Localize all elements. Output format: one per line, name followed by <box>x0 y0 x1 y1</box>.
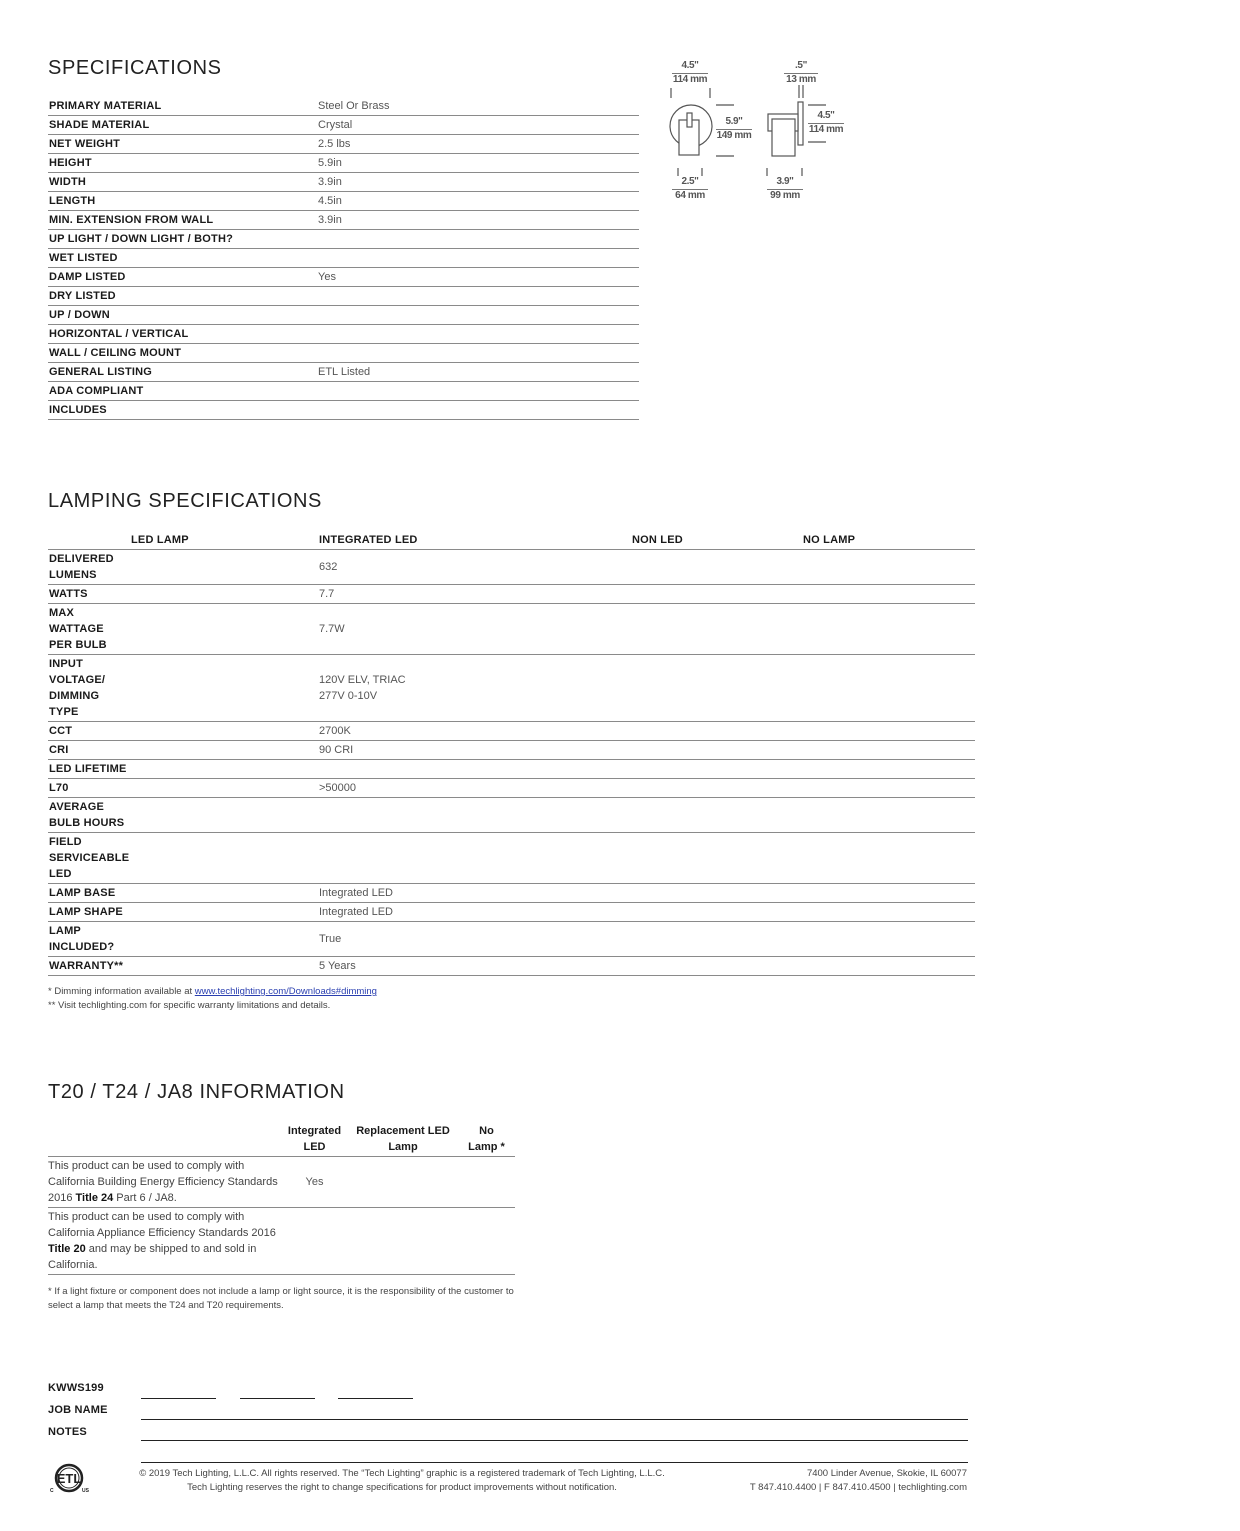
spec-row: INCLUDES <box>48 401 639 420</box>
t20-header-blank <box>48 1123 281 1155</box>
svg-text:ETL: ETL <box>57 1471 82 1486</box>
lamping-header-row: LED LAMP INTEGRATED LED NON LED NO LAMP <box>48 531 975 550</box>
lamping-row: LAMP INCLUDED? True <box>48 922 975 957</box>
lamping-integrated-value: 7.7W <box>319 621 632 637</box>
spec-row: DRY LISTED <box>48 287 639 306</box>
lamping-row: FIELD SERVICEABLE LED <box>48 833 975 884</box>
svg-text:C: C <box>50 1488 54 1494</box>
spec-label: SHADE MATERIAL <box>48 119 318 131</box>
spec-label: WIDTH <box>48 176 318 188</box>
spec-value: 2.5 lbs <box>318 138 639 150</box>
lamping-integrated-value: 632 <box>319 559 632 575</box>
spec-value: Yes <box>318 271 639 283</box>
notes-label: NOTES <box>48 1426 87 1438</box>
spec-label: UP LIGHT / DOWN LIGHT / BOTH? <box>48 233 318 245</box>
spec-value: ETL Listed <box>318 366 639 378</box>
spec-row: MIN. EXTENSION FROM WALL 3.9in <box>48 211 639 230</box>
header-led-lamp: LED LAMP <box>48 534 319 546</box>
lamping-title: LAMPING SPECIFICATIONS <box>48 490 322 513</box>
lamping-table: LED LAMP INTEGRATED LED NON LED NO LAMP … <box>48 531 975 976</box>
lamping-label: LAMP INCLUDED? <box>48 922 319 956</box>
lamping-integrated-value: Integrated LED <box>319 904 632 920</box>
spec-row: HEIGHT 5.9in <box>48 154 639 173</box>
lamping-row: WARRANTY** 5 Years <box>48 957 975 976</box>
spec-label: DAMP LISTED <box>48 271 318 283</box>
specifications-table: PRIMARY MATERIAL Steel Or BrassSHADE MAT… <box>48 97 639 420</box>
lamping-label: INPUT VOLTAGE/ DIMMING TYPE <box>48 655 319 721</box>
lamping-label: WATTS <box>48 585 319 603</box>
spec-label: LENGTH <box>48 195 318 207</box>
front-height-dimension: 5.9"149 mm <box>716 116 752 142</box>
spec-row: WALL / CEILING MOUNT <box>48 344 639 363</box>
dimension-diagram: 4.5"114 mm 5.9"149 mm 2.5"64 mm .5"13 mm… <box>666 58 856 208</box>
front-width-dimension: 4.5"114 mm <box>672 60 708 86</box>
lamping-row: CRI 90 CRI <box>48 741 975 760</box>
lamping-integrated-value: Integrated LED <box>319 885 632 901</box>
lamping-label: LAMP SHAPE <box>48 903 319 921</box>
t20-table: Integrated LED Replacement LED Lamp No L… <box>48 1123 515 1275</box>
spec-row: WIDTH 3.9in <box>48 173 639 192</box>
spec-row: PRIMARY MATERIAL Steel Or Brass <box>48 97 639 116</box>
t20-header-replacement: Replacement LED Lamp <box>348 1123 458 1155</box>
lamping-row: CCT 2700K <box>48 722 975 741</box>
spec-value: 4.5in <box>318 195 639 207</box>
lamping-integrated-value: >50000 <box>319 780 632 796</box>
lamping-row: LAMP BASE Integrated LED <box>48 884 975 903</box>
spec-label: WALL / CEILING MOUNT <box>48 347 318 359</box>
lamping-label: WARRANTY** <box>48 957 319 975</box>
model-number: KWWS199 <box>48 1382 104 1394</box>
t20-row-title20: This product can be used to comply with … <box>48 1208 515 1275</box>
lamping-label: L70 <box>48 779 319 797</box>
spec-label: UP / DOWN <box>48 309 318 321</box>
lamping-integrated-value: 2700K <box>319 723 632 739</box>
svg-text:US: US <box>82 1488 90 1494</box>
lamping-row: WATTS 7.7 <box>48 585 975 604</box>
spec-row: GENERAL LISTING ETL Listed <box>48 363 639 382</box>
lamping-notes: * Dimming information available at www.t… <box>48 985 377 1013</box>
lamping-row: LAMP SHAPE Integrated LED <box>48 903 975 922</box>
t20-note: * If a light fixture or component does n… <box>48 1285 518 1313</box>
spec-row: LENGTH 4.5in <box>48 192 639 211</box>
spec-row: WET LISTED <box>48 249 639 268</box>
warranty-note: ** Visit techlighting.com for specific w… <box>48 999 377 1013</box>
spec-label: GENERAL LISTING <box>48 366 318 378</box>
type-field-line[interactable] <box>141 1398 216 1399</box>
spec-label: WET LISTED <box>48 252 318 264</box>
lamping-row: LED LIFETIME <box>48 760 975 779</box>
lamping-row: DELIVERED LUMENS 632 <box>48 550 975 585</box>
spec-label: INCLUDES <box>48 404 318 416</box>
spec-label: HEIGHT <box>48 157 318 169</box>
lamping-integrated-value: True <box>319 931 632 947</box>
specifications-title: SPECIFICATIONS <box>48 57 222 80</box>
qty-field-line[interactable] <box>240 1398 315 1399</box>
spec-value: 5.9in <box>318 157 639 169</box>
side-extension-dimension: 3.9"99 mm <box>767 176 803 202</box>
spec-row: DAMP LISTED Yes <box>48 268 639 287</box>
front-base-dimension: 2.5"64 mm <box>672 176 708 202</box>
spec-row: HORIZONTAL / VERTICAL <box>48 325 639 344</box>
lamping-integrated-value: 5 Years <box>319 958 632 974</box>
job-name-label: JOB NAME <box>48 1404 108 1416</box>
lamping-row: AVERAGE BULB HOURS <box>48 798 975 833</box>
finish-field-line[interactable] <box>338 1398 413 1399</box>
etl-listed-logo-icon: ETL C US <box>49 1462 91 1494</box>
title24-integrated-value: Yes <box>281 1176 348 1188</box>
spec-label: PRIMARY MATERIAL <box>48 100 318 112</box>
spec-label: HORIZONTAL / VERTICAL <box>48 328 318 340</box>
spec-value: Crystal <box>318 119 639 131</box>
lamping-row: MAX WATTAGE PER BULB 7.7W <box>48 604 975 655</box>
side-depth-dimension: .5"13 mm <box>784 60 818 86</box>
spec-value: 3.9in <box>318 176 639 188</box>
title20-description: This product can be used to comply with … <box>48 1209 281 1273</box>
lamping-label: LED LIFETIME <box>48 760 319 778</box>
lamping-row: INPUT VOLTAGE/ DIMMING TYPE 120V ELV, TR… <box>48 655 975 722</box>
header-no-lamp: NO LAMP <box>803 534 975 546</box>
spec-row: SHADE MATERIAL Crystal <box>48 116 639 135</box>
t20-row-title24: This product can be used to comply with … <box>48 1157 515 1208</box>
dimming-link[interactable]: www.techlighting.com/Downloads#dimming <box>195 986 377 997</box>
side-height-dimension: 4.5"114 mm <box>808 110 844 136</box>
t20-header-no-lamp: No Lamp * <box>458 1123 515 1155</box>
spec-row: ADA COMPLIANT <box>48 382 639 401</box>
header-non-led: NON LED <box>632 534 803 546</box>
lamping-label: AVERAGE BULB HOURS <box>48 798 319 832</box>
t20-header-integrated: Integrated LED <box>281 1123 348 1155</box>
spec-row: UP / DOWN <box>48 306 639 325</box>
lamping-row: L70 >50000 <box>48 779 975 798</box>
notes-field-line[interactable] <box>141 1440 968 1441</box>
copyright-text: © 2019 Tech Lighting, L.L.C. All rights … <box>112 1467 692 1495</box>
spec-label: DRY LISTED <box>48 290 318 302</box>
lamping-integrated-value: 120V ELV, TRIAC 277V 0-10V <box>319 672 632 704</box>
dimming-note: * Dimming information available at <box>48 986 195 997</box>
lamping-integrated-value: 90 CRI <box>319 742 632 758</box>
spec-row: NET WEIGHT 2.5 lbs <box>48 135 639 154</box>
spec-label: MIN. EXTENSION FROM WALL <box>48 214 318 226</box>
spec-label: NET WEIGHT <box>48 138 318 150</box>
lamping-label: LAMP BASE <box>48 884 319 902</box>
lamping-integrated-value: 7.7 <box>319 586 632 602</box>
footer-divider <box>141 1462 968 1463</box>
lamping-label: MAX WATTAGE PER BULB <box>48 604 319 654</box>
lamping-label: CCT <box>48 722 319 740</box>
spec-row: UP LIGHT / DOWN LIGHT / BOTH? <box>48 230 639 249</box>
lamping-label: CRI <box>48 741 319 759</box>
spec-value: Steel Or Brass <box>318 100 639 112</box>
lamping-label: DELIVERED LUMENS <box>48 550 319 584</box>
job-name-field-line[interactable] <box>141 1419 968 1420</box>
title24-description: This product can be used to comply with … <box>48 1158 281 1206</box>
header-integrated-led: INTEGRATED LED <box>319 534 632 546</box>
lamping-label: FIELD SERVICEABLE LED <box>48 833 319 883</box>
spec-value: 3.9in <box>318 214 639 226</box>
spec-label: ADA COMPLIANT <box>48 385 318 397</box>
t20-header-row: Integrated LED Replacement LED Lamp No L… <box>48 1123 515 1157</box>
company-address: 7400 Linder Avenue, Skokie, IL 60077 T 8… <box>750 1467 967 1495</box>
t20-title: T20 / T24 / JA8 INFORMATION <box>48 1081 345 1104</box>
